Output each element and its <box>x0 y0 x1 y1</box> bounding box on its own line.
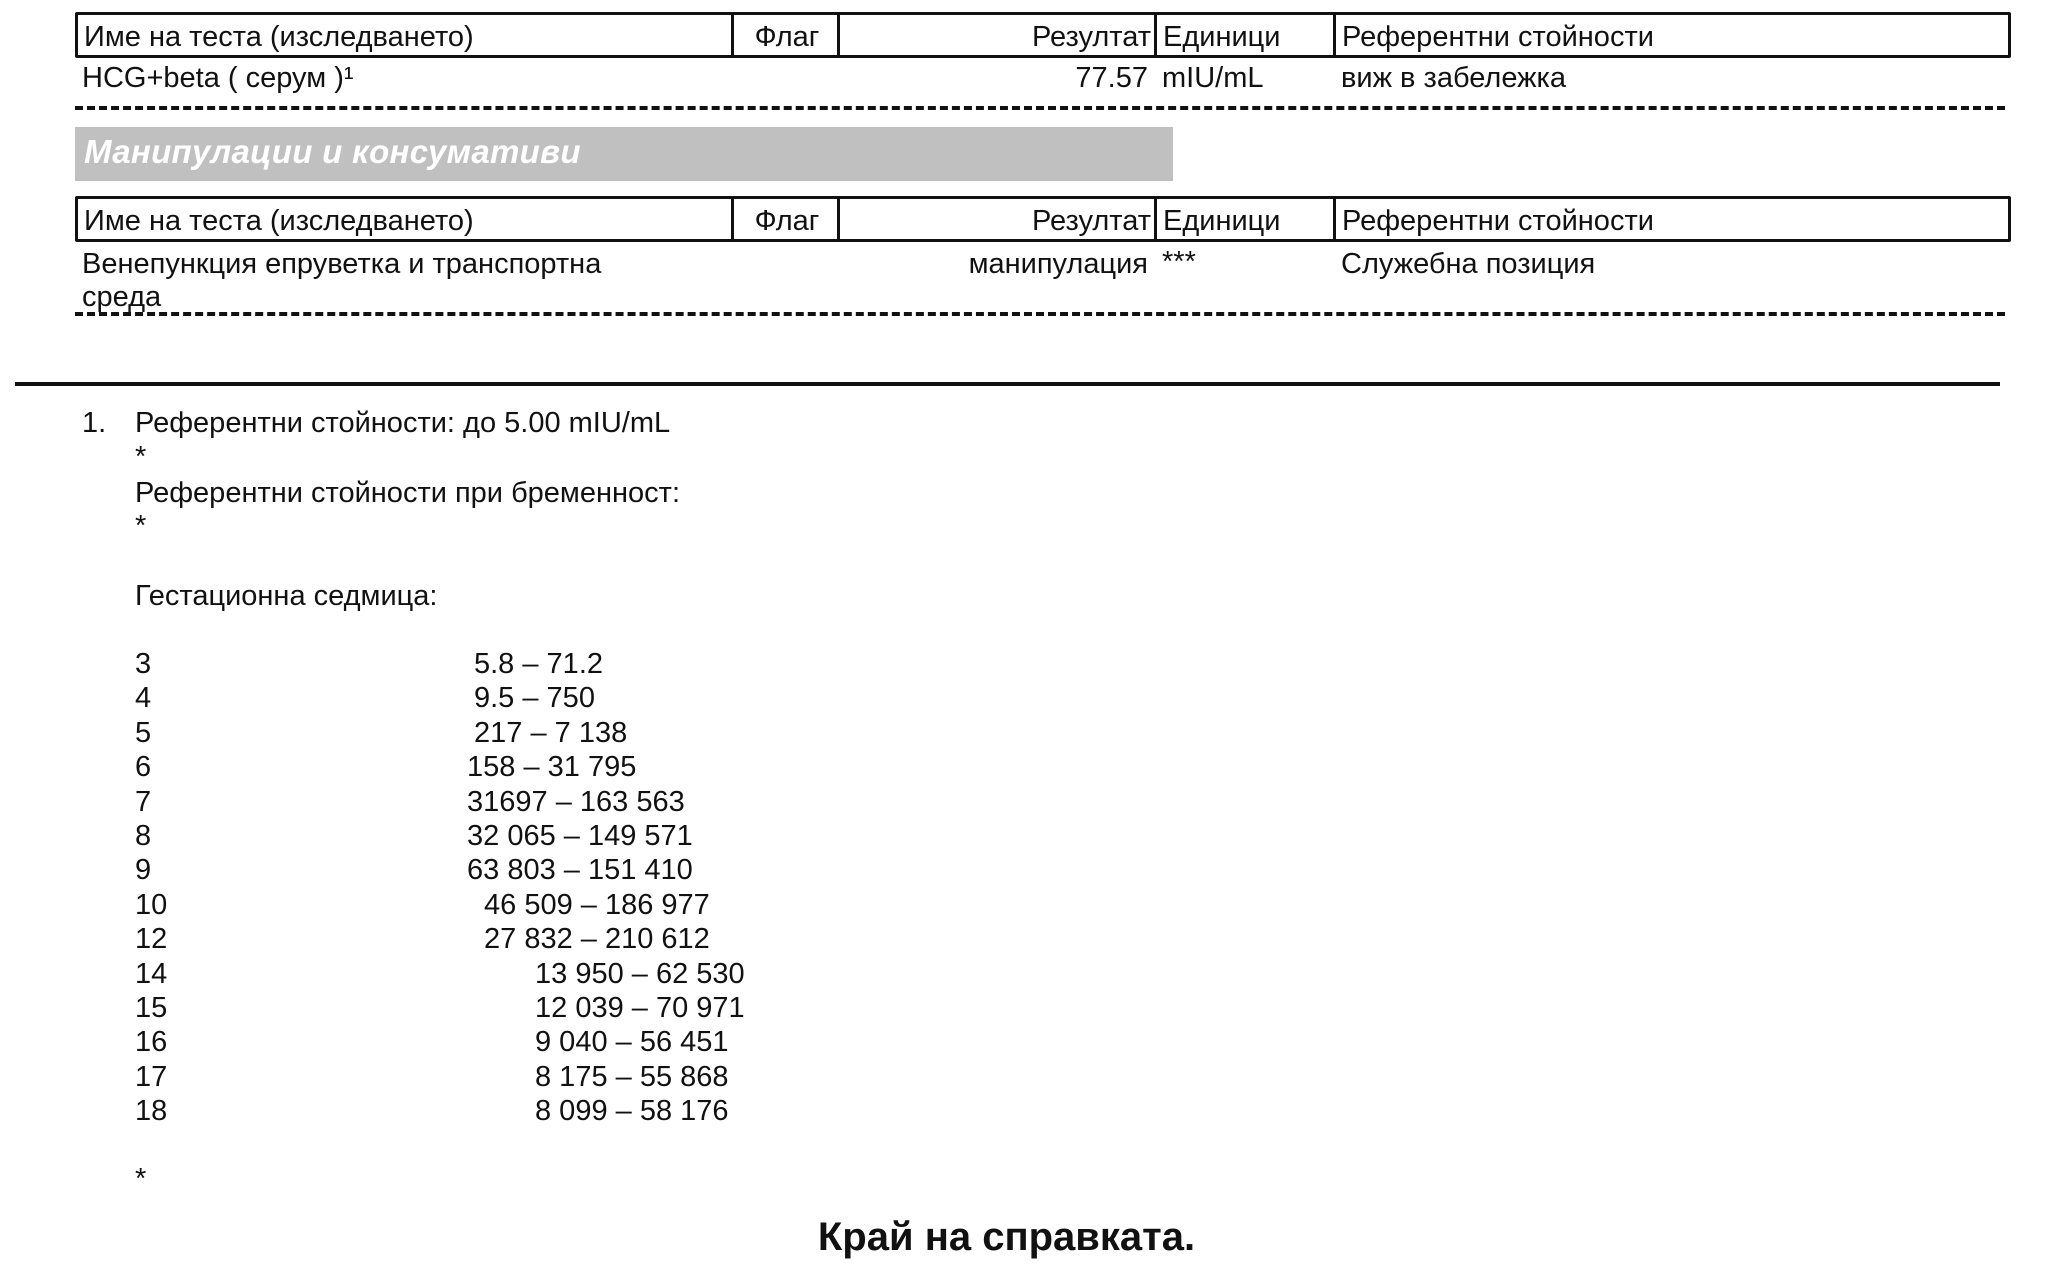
gestation-week: 4 <box>135 681 151 715</box>
row-test-name: HCG+beta ( серум )¹ <box>82 61 354 95</box>
footnote-asterisk: * <box>135 440 146 474</box>
gestation-label: Гестационна седмица: <box>135 579 437 613</box>
row-test-name-line2: среда <box>82 280 161 314</box>
gestation-range: 9 040 – 56 451 <box>535 1025 729 1059</box>
footnote-pregnancy-line: Референтни стойности при бременност: <box>135 476 680 510</box>
gestation-range: 13 950 – 62 530 <box>535 957 745 991</box>
gestation-week: 18 <box>135 1094 167 1128</box>
row-result: манипулация <box>837 247 1148 281</box>
results-table-header: Име на теста (изследването) Флаг Резулта… <box>75 12 2011 58</box>
header-flag: Флаг <box>734 15 840 55</box>
gestation-week: 7 <box>135 785 151 819</box>
gestation-week: 6 <box>135 750 151 784</box>
gestation-week: 14 <box>135 957 167 991</box>
gestation-week: 16 <box>135 1025 167 1059</box>
row-separator <box>75 312 2005 316</box>
footnote-asterisk: * <box>135 1162 146 1196</box>
footnote-asterisk: * <box>135 509 146 543</box>
gestation-week: 15 <box>135 991 167 1025</box>
gestation-range: 158 – 31 795 <box>467 750 636 784</box>
gestation-range: 27 832 – 210 612 <box>484 922 710 956</box>
header-flag: Флаг <box>734 199 840 239</box>
header-units: Единици <box>1157 15 1333 55</box>
header-result: Резултат <box>840 199 1154 239</box>
consumables-table-header: Име на теста (изследването) Флаг Резулта… <box>75 196 2011 242</box>
header-test-name: Име на теста (изследването) <box>78 199 734 239</box>
row-result: 77.57 <box>837 61 1148 95</box>
section-title-bar: Манипулации и консумативи <box>75 127 1173 181</box>
gestation-week: 8 <box>135 819 151 853</box>
row-test-name-line1: Венепункция епруветка и транспортна <box>82 247 601 281</box>
gestation-range: 9.5 – 750 <box>474 681 595 715</box>
gestation-week: 17 <box>135 1060 167 1094</box>
gestation-range: 46 509 – 186 977 <box>484 888 710 922</box>
gestation-range: 8 175 – 55 868 <box>535 1060 729 1094</box>
gestation-range: 31697 – 163 563 <box>467 785 685 819</box>
gestation-week: 3 <box>135 647 151 681</box>
gestation-week: 5 <box>135 716 151 750</box>
header-reference: Референтни стойности <box>1336 199 2006 239</box>
row-reference: виж в забележка <box>1341 61 1566 95</box>
footnotes-divider <box>15 382 2000 386</box>
header-result: Резултат <box>840 15 1154 55</box>
gestation-week: 9 <box>135 853 151 887</box>
gestation-week: 10 <box>135 888 167 922</box>
row-units: mIU/mL <box>1162 61 1264 95</box>
gestation-range: 217 – 7 138 <box>474 716 627 750</box>
gestation-range: 63 803 – 151 410 <box>467 853 693 887</box>
header-units: Единици <box>1157 199 1333 239</box>
row-units: *** <box>1162 245 1196 279</box>
footnote-number: 1. <box>82 406 106 440</box>
footnote-reference-line: Референтни стойности: до 5.00 mIU/mL <box>135 406 670 440</box>
header-test-name: Име на теста (изследването) <box>78 15 734 55</box>
gestation-week: 12 <box>135 922 167 956</box>
gestation-range: 12 039 – 70 971 <box>535 991 745 1025</box>
gestation-range: 32 065 – 149 571 <box>467 819 693 853</box>
end-of-report: Край на справката. <box>0 1215 2013 1260</box>
header-reference: Референтни стойности <box>1336 15 2006 55</box>
gestation-range: 5.8 – 71.2 <box>474 647 603 681</box>
gestation-range: 8 099 – 58 176 <box>535 1094 729 1128</box>
section-title: Манипулации и консумативи <box>84 133 581 171</box>
row-reference: Служебна позиция <box>1341 247 1595 281</box>
row-separator <box>75 106 2005 110</box>
